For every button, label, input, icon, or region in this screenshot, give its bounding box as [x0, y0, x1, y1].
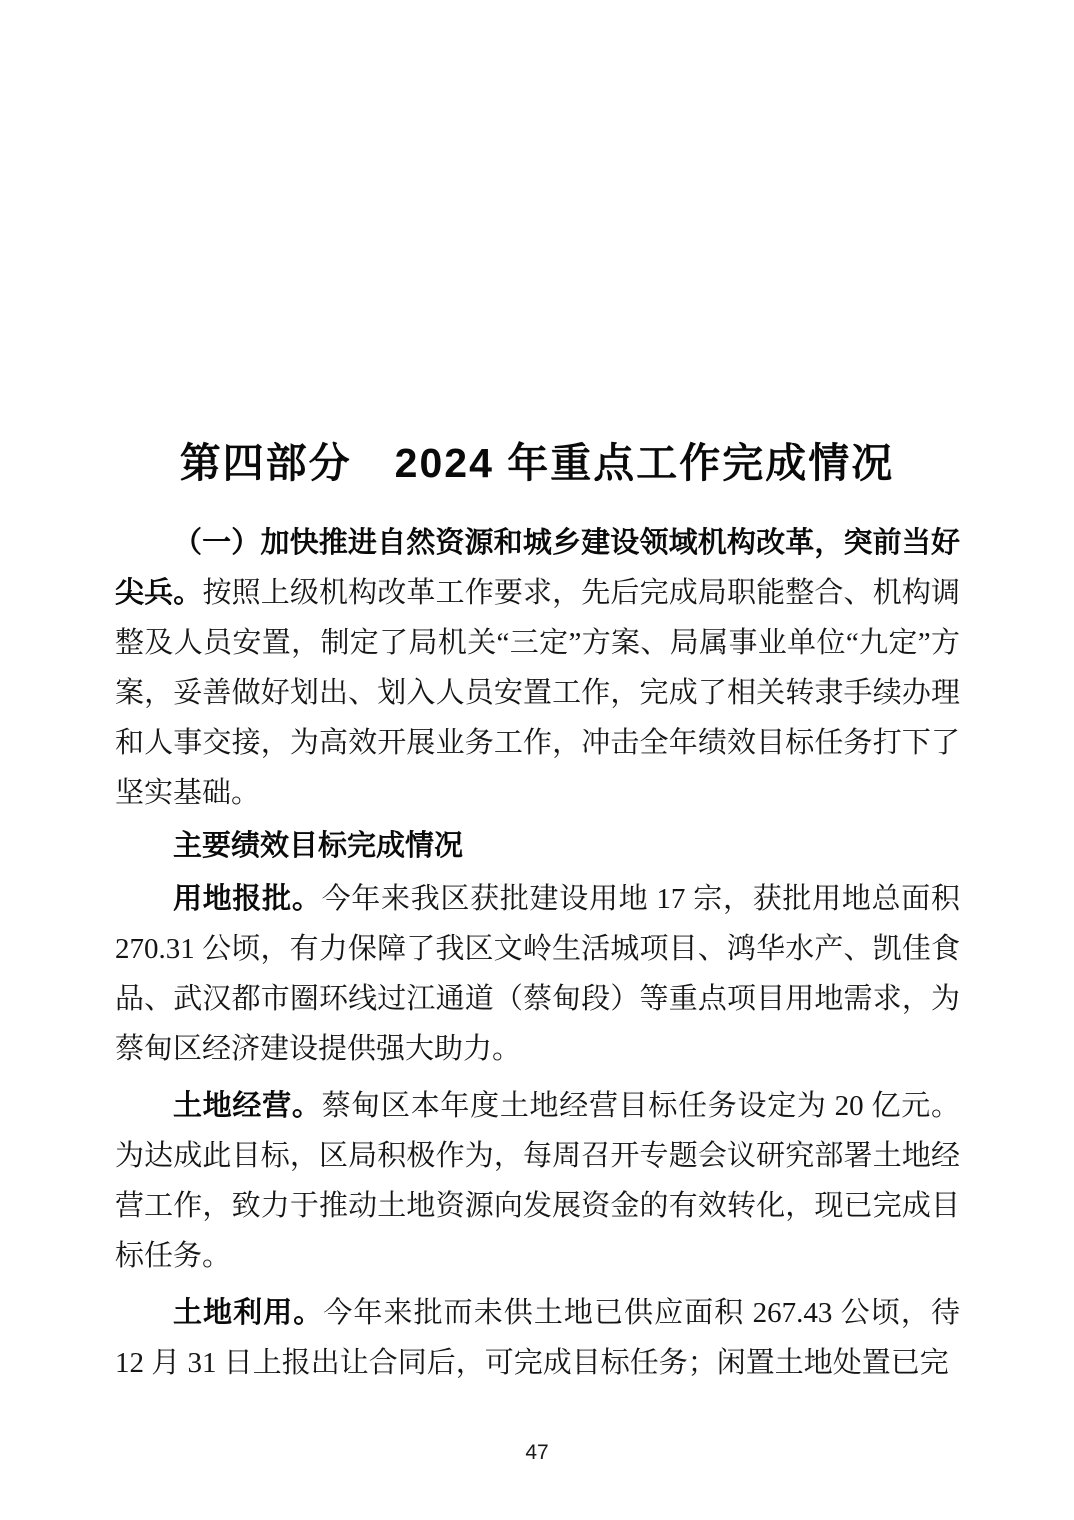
paragraph-land-approval: 用地报批。今年来我区获批建设用地 17 宗，获批用地总面积 270.31 公顷，… [115, 874, 960, 1074]
section-heading-performance: 主要绩效目标完成情况 [115, 821, 960, 871]
paragraph-reform-body: 按照上级机构改革工作要求，先后完成局职能整合、机构调整及人员安置，制定了局机关“… [115, 577, 960, 809]
paragraph-land-operation: 土地经营。蔡甸区本年度土地经营目标任务设定为 20 亿元。为达成此目标，区局积极… [115, 1081, 960, 1281]
paragraph-land-use-lead: 土地利用。 [173, 1297, 323, 1329]
paragraph-land-approval-lead: 用地报批。 [173, 883, 322, 915]
document-body: （一）加快推进自然资源和城乡建设领域机构改革，突前当好尖兵。按照上级机构改革工作… [115, 518, 960, 1388]
paragraph-land-operation-lead: 土地经营。 [173, 1090, 322, 1122]
section-heading-performance-text: 主要绩效目标完成情况 [173, 830, 463, 862]
paragraph-land-use: 土地利用。今年来批而未供土地已供应面积 267.43 公顷，待 12 月 31 … [115, 1288, 960, 1388]
document-page: 第四部分 2024 年重点工作完成情况 （一）加快推进自然资源和城乡建设领域机构… [0, 0, 1074, 1520]
paragraph-reform: （一）加快推进自然资源和城乡建设领域机构改革，突前当好尖兵。按照上级机构改革工作… [115, 518, 960, 818]
page-title: 第四部分 2024 年重点工作完成情况 [0, 430, 1074, 489]
page-number: 47 [0, 1441, 1074, 1465]
